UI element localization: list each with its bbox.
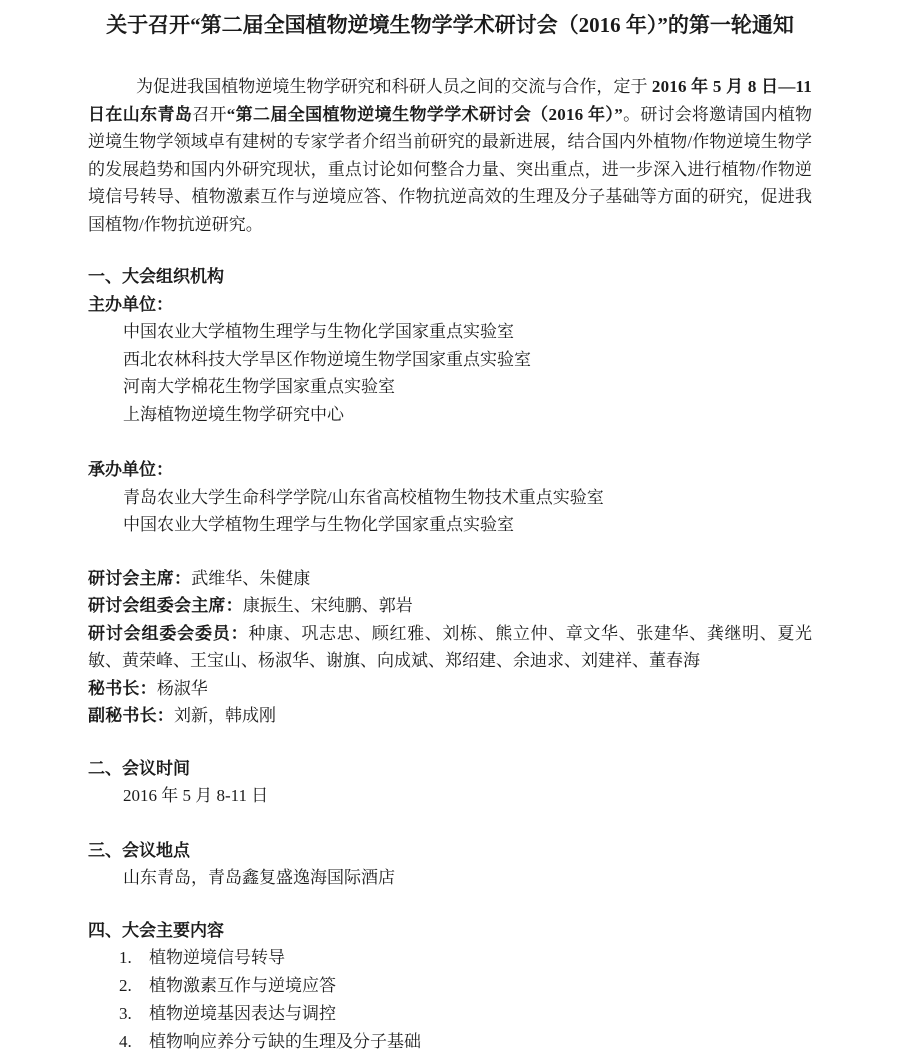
agenda-item: 2.植物激素互作与逆境应答 bbox=[88, 972, 812, 1000]
agenda-item: 1.植物逆境信号转导 bbox=[88, 944, 812, 972]
role-line: 研讨会组委会主席：康振生、宋纯鹏、郭岩 bbox=[88, 592, 812, 620]
role-line: 研讨会主席：武维华、朱健康 bbox=[88, 565, 812, 593]
institution-item: 中国农业大学植物生理学与生物化学国家重点实验室 bbox=[88, 318, 812, 346]
role-label: 副秘书长： bbox=[88, 706, 174, 725]
intro-bold-text: “第二届全国植物逆境生物学学术研讨会（2016 年）” bbox=[227, 105, 623, 124]
agenda-item-text: 植物响应养分亏缺的生理及分子基础 bbox=[149, 1032, 421, 1049]
agenda-item: 4.植物响应养分亏缺的生理及分子基础 bbox=[88, 1028, 812, 1049]
organization-groups: 主办单位：中国农业大学植物生理学与生物化学国家重点实验室西北农林科技大学旱区作物… bbox=[88, 291, 812, 539]
meeting-time-value: 2016 年 5 月 8-11 日 bbox=[88, 782, 812, 810]
section-heading-time: 二、会议时间 bbox=[88, 755, 812, 783]
agenda-list: 1.植物逆境信号转导2.植物激素互作与逆境应答3.植物逆境基因表达与调控4.植物… bbox=[88, 944, 812, 1049]
agenda-item-number: 3. bbox=[119, 1000, 149, 1028]
agenda-item-number: 1. bbox=[119, 944, 149, 972]
role-line: 研讨会组委会委员：种康、巩志忠、顾红雅、刘栋、熊立仲、章文华、张建华、龚继明、夏… bbox=[88, 620, 812, 675]
institution-item: 河南大学棉花生物学国家重点实验室 bbox=[88, 373, 812, 401]
agenda-item-number: 4. bbox=[119, 1028, 149, 1049]
intro-text: 召开 bbox=[192, 105, 226, 124]
role-value: 刘新，韩成刚 bbox=[174, 706, 276, 725]
institution-item: 西北农林科技大学旱区作物逆境生物学国家重点实验室 bbox=[88, 346, 812, 374]
intro-paragraph: 为促进我国植物逆境生物学研究和科研人员之间的交流与合作，定于 2016 年 5 … bbox=[88, 73, 812, 238]
organizer-group: 承办单位：青岛农业大学生命科学学院/山东省高校植物生物技术重点实验室中国农业大学… bbox=[88, 456, 812, 539]
meeting-venue-value: 山东青岛，青岛鑫复盛逸海国际酒店 bbox=[88, 864, 812, 892]
institution-item: 上海植物逆境生物学研究中心 bbox=[88, 401, 812, 429]
group-label: 主办单位： bbox=[88, 291, 812, 319]
section-heading-agenda: 四、大会主要内容 bbox=[88, 917, 812, 945]
agenda-item-text: 植物逆境基因表达与调控 bbox=[149, 1004, 336, 1023]
role-value: 康振生、宋纯鹏、郭岩 bbox=[243, 596, 413, 615]
role-value: 武维华、朱健康 bbox=[191, 569, 310, 588]
organizer-group: 主办单位：中国农业大学植物生理学与生物化学国家重点实验室西北农林科技大学旱区作物… bbox=[88, 291, 812, 429]
section-heading-venue: 三、会议地点 bbox=[88, 837, 812, 865]
institution-item: 中国农业大学植物生理学与生物化学国家重点实验室 bbox=[88, 511, 812, 539]
institution-item: 青岛农业大学生命科学学院/山东省高校植物生物技术重点实验室 bbox=[88, 484, 812, 512]
intro-text: 为促进我国植物逆境生物学研究和科研人员之间的交流与合作，定于 bbox=[136, 77, 652, 96]
role-label: 研讨会组委会主席： bbox=[88, 596, 243, 615]
role-line: 秘书长：杨淑华 bbox=[88, 675, 812, 703]
agenda-item-number: 2. bbox=[119, 972, 149, 1000]
agenda-item-text: 植物逆境信号转导 bbox=[149, 948, 285, 967]
document-page: 关于召开“第二届全国植物逆境生物学学术研讨会（2016 年）”的第一轮通知 为促… bbox=[0, 0, 900, 1049]
role-label: 研讨会主席： bbox=[88, 569, 191, 588]
role-label: 研讨会组委会委员： bbox=[88, 624, 248, 643]
organization-roles: 研讨会主席：武维华、朱健康研讨会组委会主席：康振生、宋纯鹏、郭岩研讨会组委会委员… bbox=[88, 565, 812, 730]
group-label: 承办单位： bbox=[88, 456, 812, 484]
role-line: 副秘书长：刘新，韩成刚 bbox=[88, 702, 812, 730]
agenda-item: 3.植物逆境基因表达与调控 bbox=[88, 1000, 812, 1028]
role-value: 杨淑华 bbox=[157, 679, 208, 698]
document-title: 关于召开“第二届全国植物逆境生物学学术研讨会（2016 年）”的第一轮通知 bbox=[88, 12, 812, 39]
section-heading-organization: 一、大会组织机构 bbox=[88, 263, 812, 291]
role-label: 秘书长： bbox=[88, 679, 157, 698]
agenda-item-text: 植物激素互作与逆境应答 bbox=[149, 976, 336, 995]
